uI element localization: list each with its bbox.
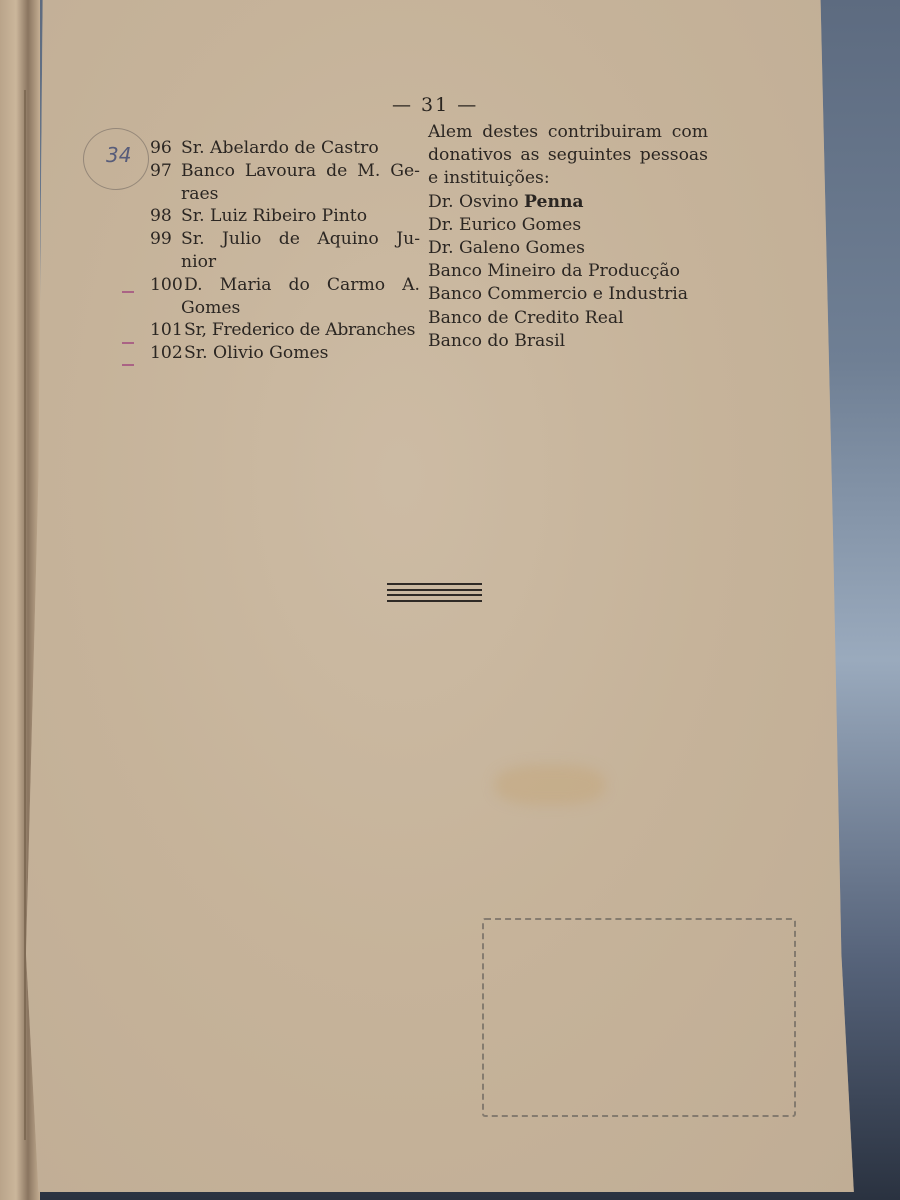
donors-intro-line: Alem destes contribuiram com (428, 121, 708, 144)
donor-item: Dr. Eurico Gomes (428, 214, 708, 237)
donor-item: Banco de Credito Real (428, 307, 708, 330)
list-item: 99 Sr. Julio de Aquino Ju- (150, 228, 420, 251)
donor-name: Dr. Osvino (428, 192, 524, 212)
pen-mark (122, 364, 134, 366)
donors-section: Alem destes contribuiram com donativos a… (428, 121, 708, 353)
section-end-rule (387, 583, 482, 605)
entry-name: Sr, Frederico de Abranches (184, 319, 420, 342)
entry-number: 102 (150, 342, 184, 365)
donor-item: Dr. Osvino Penna (428, 191, 708, 214)
entry-name-continuation: nior (150, 251, 420, 274)
entry-number: 96 (150, 137, 181, 160)
donors-intro-line: donativos as seguintes pessoas (428, 144, 708, 167)
list-item: 101 Sr, Frederico de Abranches (150, 319, 420, 342)
paper-stain (495, 765, 605, 805)
page-number: — 31 — (392, 94, 478, 116)
donor-item: Banco do Brasil (428, 330, 708, 353)
entry-name: Banco Lavoura de M. Ge- (181, 160, 420, 183)
contributors-list: 96 Sr. Abelardo de Castro 97 Banco Lavou… (150, 137, 420, 365)
entry-name: Sr. Luiz Ribeiro Pinto (181, 205, 420, 228)
list-item: 97 Banco Lavoura de M. Ge- (150, 160, 420, 183)
pen-mark (122, 291, 134, 293)
handwritten-circled-note: 34 (83, 128, 149, 190)
list-item: 100 D. Maria do Carmo A. (150, 274, 420, 297)
entry-number: 99 (150, 228, 181, 251)
handwritten-note-text: 34 (106, 143, 131, 167)
donor-item: Banco Commercio e Industria (428, 283, 708, 306)
faded-stamp-outline (482, 918, 796, 1117)
entry-number: 98 (150, 205, 181, 228)
pen-mark (122, 342, 134, 344)
list-item: 98 Sr. Luiz Ribeiro Pinto (150, 205, 420, 228)
entry-number: 101 (150, 319, 184, 342)
entry-number: 97 (150, 160, 181, 183)
donor-name-bold: Penna (524, 192, 584, 212)
donor-item: Dr. Galeno Gomes (428, 237, 708, 260)
donors-intro-line: e instituições: (428, 167, 708, 190)
entry-name: Sr. Abelardo de Castro (181, 137, 420, 160)
entry-name: D. Maria do Carmo A. (184, 274, 420, 297)
entry-name-continuation: raes (150, 183, 420, 206)
donor-item: Banco Mineiro da Producção (428, 260, 708, 283)
list-item: 102 Sr. Olivio Gomes (150, 342, 420, 365)
list-item: 96 Sr. Abelardo de Castro (150, 137, 420, 160)
spine-crease (24, 90, 26, 1140)
entry-name-continuation: Gomes (150, 297, 420, 320)
entry-name: Sr. Olivio Gomes (184, 342, 420, 365)
entry-name: Sr. Julio de Aquino Ju- (181, 228, 420, 251)
entry-number: 100 (150, 274, 184, 297)
